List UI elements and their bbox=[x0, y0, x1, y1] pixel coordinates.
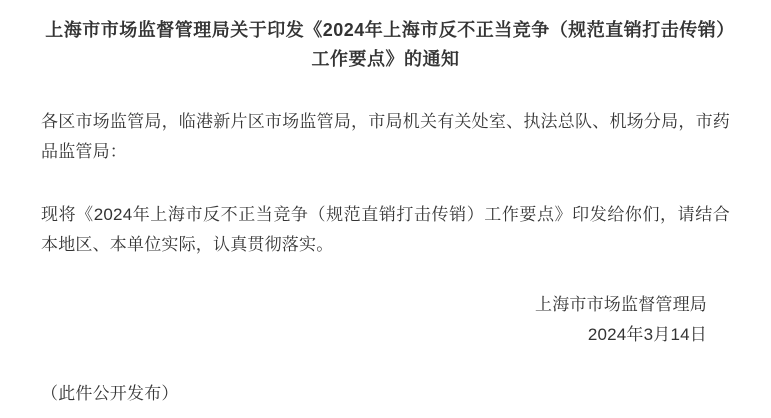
notice-document-page: 上海市市场监督管理局关于印发《2024年上海市反不正当竞争（规范直销打击传销）工… bbox=[0, 0, 771, 418]
issuing-authority: 上海市市场监督管理局 bbox=[41, 290, 707, 320]
public-release-note: （此件公开发布） bbox=[41, 379, 730, 409]
issue-date: 2024年3月14日 bbox=[41, 320, 707, 350]
body-paragraph: 现将《2024年上海市反不正当竞争（规范直销打击传销）工作要点》印发给你们，请结… bbox=[41, 200, 730, 260]
signature-block: 上海市市场监督管理局 2024年3月14日 bbox=[41, 290, 730, 350]
addressee-paragraph: 各区市场监管局，临港新片区市场监管局，市局机关有关处室、执法总队、机场分局，市药… bbox=[41, 107, 730, 167]
document-title: 上海市市场监督管理局关于印发《2024年上海市反不正当竞争（规范直销打击传销）工… bbox=[41, 16, 730, 74]
